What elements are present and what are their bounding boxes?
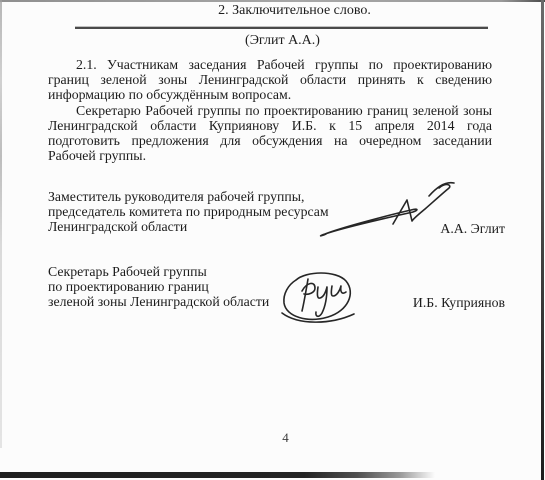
signer-name-kupriyanov: И.Б. Куприянов bbox=[410, 295, 505, 311]
document-page: 2. Заключительное слово. (Эглит А.А.) 2.… bbox=[0, 0, 545, 480]
signature-kupriyanov-icon bbox=[274, 267, 362, 325]
paragraph-2-1: 2.1. Участникам заседания Рабочей группы… bbox=[48, 57, 492, 103]
signer-title-line: Секретарь Рабочей группы bbox=[48, 264, 269, 279]
paragraph-secretary-task: Секретарю Рабочей группы по проектирован… bbox=[48, 103, 492, 164]
page-number: 4 bbox=[0, 430, 545, 446]
signer-title-line: председатель комитета по природным ресур… bbox=[48, 204, 329, 219]
signature-caption: (Эглит А.А.) bbox=[0, 33, 545, 48]
signer-title-line: Ленинградской области bbox=[48, 219, 329, 234]
scan-edge-left bbox=[0, 0, 2, 448]
signer-title-kupriyanov: Секретарь Рабочей группы по проектирован… bbox=[48, 264, 269, 310]
scan-edge-top bbox=[0, 0, 545, 2]
signer-title-line: по проектированию границ bbox=[48, 279, 269, 294]
signer-title-eglit: Заместитель руководителя рабочей группы,… bbox=[48, 189, 329, 235]
scan-edge-right bbox=[541, 0, 544, 480]
signer-title-line: Заместитель руководителя рабочей группы, bbox=[48, 189, 329, 204]
signature-rule bbox=[75, 27, 488, 29]
section-heading: 2. Заключительное слово. bbox=[0, 3, 545, 18]
signer-name-eglit: А.А. Эглит bbox=[420, 221, 505, 237]
scan-edge-bottom bbox=[0, 472, 435, 478]
signer-title-line: зеленой зоны Ленинградской области bbox=[48, 294, 269, 309]
body-paragraphs: 2.1. Участникам заседания Рабочей группы… bbox=[48, 57, 492, 163]
